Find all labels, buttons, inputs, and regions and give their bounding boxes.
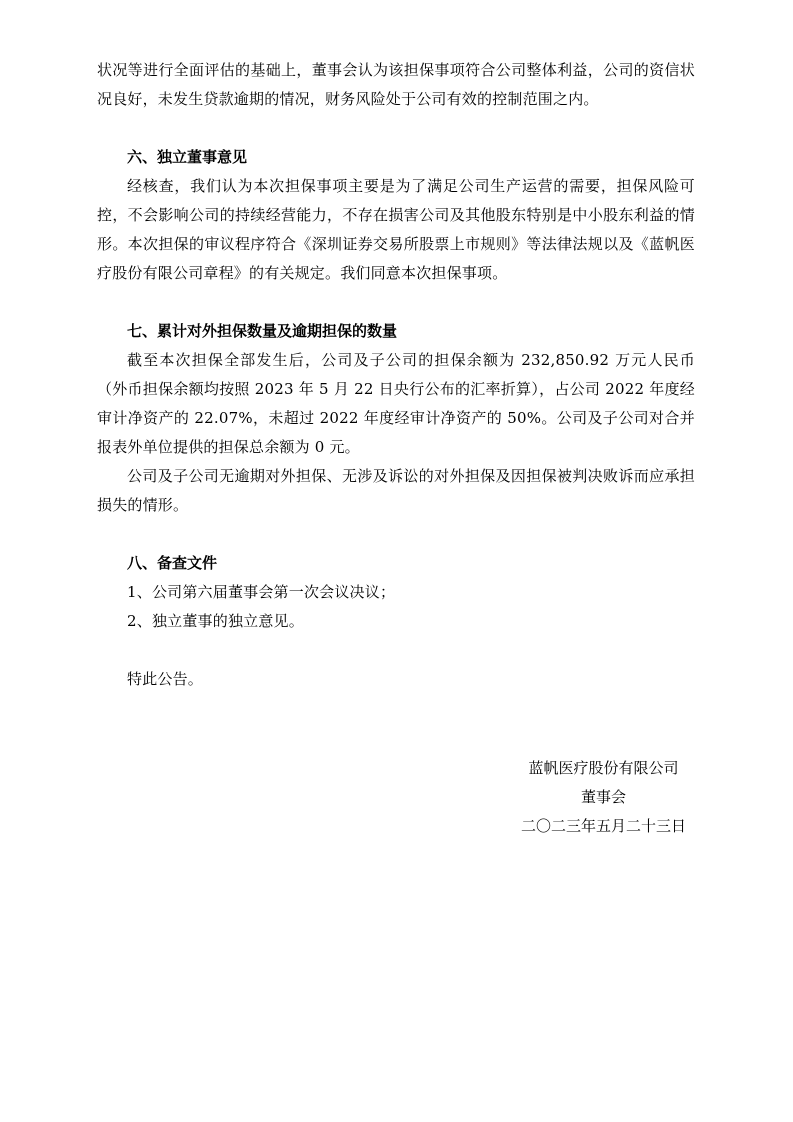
closing-statement: 特此公告。 [97, 665, 695, 694]
section-7-paragraph-2: 公司及子公司无逾期对外担保、无涉及诉讼的对外担保及因担保被判决败诉而应承担损失的… [97, 462, 695, 520]
section-6-paragraph: 经核查，我们认为本次担保事项主要是为了满足公司生产运营的需要，担保风险可控，不会… [97, 172, 695, 288]
section-7-paragraph-1: 截至本次担保全部发生后，公司及子公司的担保余额为 232,850.92 万元人民… [97, 346, 695, 462]
section-6-heading: 六、独立董事意见 [97, 143, 695, 172]
signature-board: 董事会 [521, 783, 686, 812]
reference-item-1: 1、公司第六届董事会第一次会议决议； [97, 578, 695, 607]
intro-paragraph: 状况等进行全面评估的基础上，董事会认为该担保事项符合公司整体利益，公司的资信状况… [97, 56, 695, 114]
document-body: 状况等进行全面评估的基础上，董事会认为该担保事项符合公司整体利益，公司的资信状况… [97, 56, 695, 694]
section-7-heading: 七、累计对外担保数量及逾期担保的数量 [97, 317, 695, 346]
section-8-heading: 八、备查文件 [97, 549, 695, 578]
signature-company: 蓝帆医疗股份有限公司 [521, 754, 686, 783]
signature-block: 蓝帆医疗股份有限公司 董事会 二〇二三年五月二十三日 [521, 754, 686, 841]
reference-item-2: 2、独立董事的独立意见。 [97, 607, 695, 636]
signature-date: 二〇二三年五月二十三日 [521, 812, 686, 841]
